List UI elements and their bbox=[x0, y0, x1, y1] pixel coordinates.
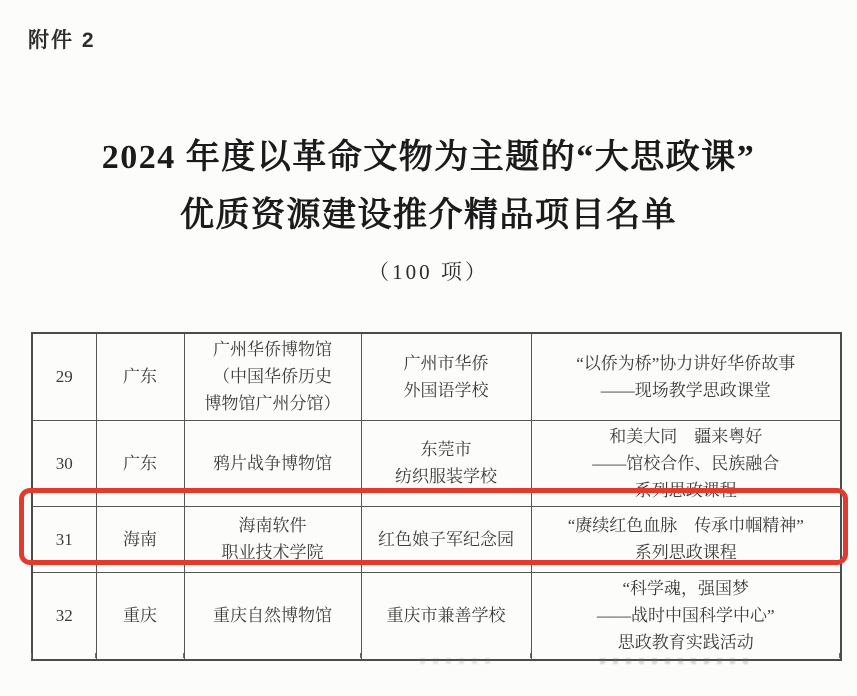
cell-province: 广东 bbox=[96, 333, 184, 420]
page-subtitle: （100 项） bbox=[0, 256, 857, 286]
cell-province: 广东 bbox=[96, 420, 184, 506]
table-row: 29 广东 广州华侨博物馆 （中国华侨历史 博物馆广州分馆） 广州市华侨 外国语… bbox=[32, 333, 841, 420]
cell-province: 海南 bbox=[96, 506, 184, 572]
table-cutoff-stub bbox=[839, 653, 840, 658]
cell-project: “以侨为桥”协力讲好华侨故事 ——现场教学思政课堂 bbox=[531, 333, 841, 420]
page-title-line1: 2024 年度以革命文物为主题的“大思政课” bbox=[0, 129, 857, 187]
table-cutoff-stub bbox=[95, 653, 96, 658]
cell-province: 重庆 bbox=[96, 572, 184, 660]
cell-project: “赓续红色血脉 传承巾帼精神” 系列思政课程 bbox=[531, 506, 841, 572]
table-cutoff-stub bbox=[31, 653, 32, 658]
cutoff-row-text-sliver bbox=[420, 658, 490, 664]
page-title: 2024 年度以革命文物为主题的“大思政课” 优质资源建设推介精品项目名单 bbox=[0, 129, 857, 245]
table-row: 32 重庆 重庆自然博物馆 重庆市兼善学校 “科学魂，强国梦 ——战时中国科学中… bbox=[32, 572, 841, 660]
cell-school: 红色娘子军纪念园 bbox=[361, 506, 531, 572]
attachment-label: 附件 2 bbox=[28, 24, 96, 54]
cell-project: 和美大同 疆来粤好 ——馆校合作、民族融合 系列思政课程 bbox=[531, 420, 841, 506]
cell-museum: 广州华侨博物馆 （中国华侨历史 博物馆广州分馆） bbox=[184, 333, 361, 420]
cell-school: 广州市华侨 外国语学校 bbox=[361, 333, 531, 420]
projects-table: 29 广东 广州华侨博物馆 （中国华侨历史 博物馆广州分馆） 广州市华侨 外国语… bbox=[31, 332, 842, 661]
cell-no: 29 bbox=[32, 333, 96, 420]
table-cutoff-stub bbox=[183, 653, 184, 658]
cell-project: “科学魂，强国梦 ——战时中国科学中心” 思政教育实践活动 bbox=[531, 572, 841, 660]
cell-no: 30 bbox=[32, 420, 96, 506]
table-row-highlighted: 31 海南 海南软件 职业技术学院 红色娘子军纪念园 “赓续红色血脉 传承巾帼精… bbox=[32, 506, 841, 572]
cell-no: 31 bbox=[32, 506, 96, 572]
table-cutoff-stub bbox=[360, 653, 361, 658]
cell-museum: 鸦片战争博物馆 bbox=[184, 420, 361, 506]
table-cutoff-stub bbox=[530, 653, 531, 658]
cutoff-row-text-sliver bbox=[600, 658, 755, 664]
cell-museum: 海南软件 职业技术学院 bbox=[184, 506, 361, 572]
cell-school: 重庆市兼善学校 bbox=[361, 572, 531, 660]
table-row: 30 广东 鸦片战争博物馆 东莞市 纺织服装学校 和美大同 疆来粤好 ——馆校合… bbox=[32, 420, 841, 506]
cell-museum: 重庆自然博物馆 bbox=[184, 572, 361, 660]
cell-no: 32 bbox=[32, 572, 96, 660]
cell-school: 东莞市 纺织服装学校 bbox=[361, 420, 531, 506]
page-title-line2: 优质资源建设推介精品项目名单 bbox=[0, 187, 857, 245]
